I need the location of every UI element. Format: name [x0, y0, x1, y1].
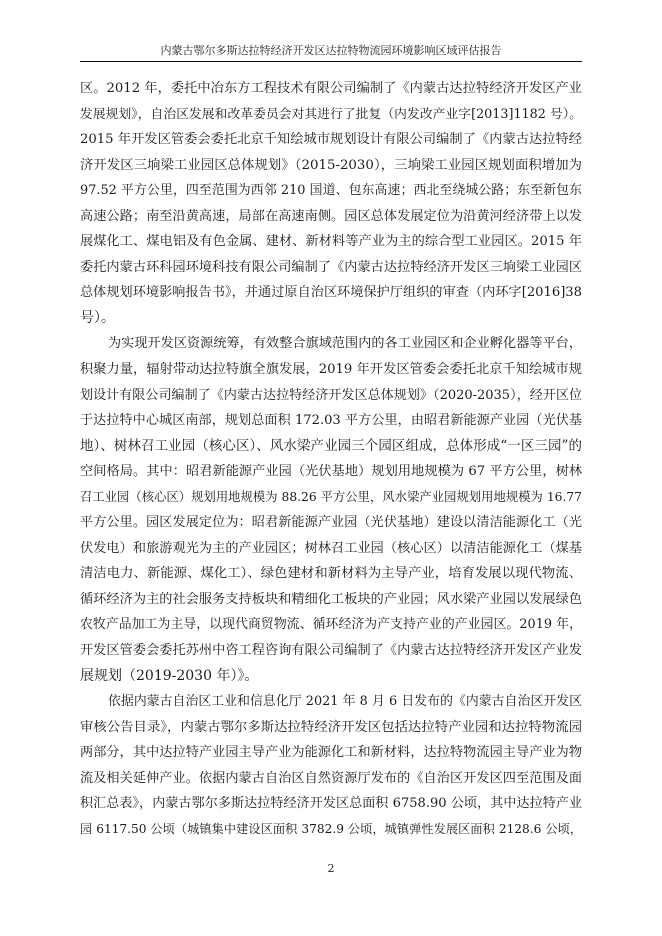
text-line: 划设计有限公司编制了《内蒙古达拉特经济开发区总体规划》（2020-2035），经…: [80, 383, 582, 409]
text-line: 为实现开发区资源统筹，有效整合旗域范围内的各工业园区和企业孵化器等平台，: [80, 331, 582, 357]
page-number: 2: [0, 862, 662, 876]
text-line: 展规划（2019-2030 年）》。: [80, 664, 582, 690]
text-line: 号）。: [80, 306, 582, 332]
text-line: 流及相关延伸产业。依据内蒙古自治区自然资源厅发布的《自治区开发区四至范围及面: [80, 766, 582, 792]
text-line: 地）、树林召工业园（核心区）、风水梁产业园三个园区组成，总体形成“一区三园”的: [80, 434, 582, 460]
text-line: 召工业园（核心区）规划用地规模为 88.26 平方公里，风水梁产业园规划用地规模…: [80, 485, 582, 511]
text-line: 园 6117.50 公顷（城镇集中建设区面积 3782.9 公顷，城镇弹性发展区…: [80, 817, 582, 843]
text-line: 97.52 平方公里，四至范围为西邻 210 国道、包东高速；西北至绕城公路；东…: [80, 178, 582, 204]
text-line: 清洁电力、新能源、煤化工）、绿色建材和新材料为主导产业，培育发展以现代物流、: [80, 561, 582, 587]
text-line: 2015 年开发区管委会委托北京千知绘城市规划设计有限公司编制了《内蒙古达拉特经: [80, 127, 582, 153]
text-line: 空间格局。其中：昭君新能源产业园（光伏基地）规划用地规模为 67 平方公里，树林: [80, 459, 582, 485]
text-line: 伏发电）和旅游观光为主的产业园区；树林召工业园（核心区）以清洁能源化工（煤基: [80, 536, 582, 562]
text-line: 农牧产品加工为主导，以现代商贸物流、循环经济为产支持产业的产业园区。2019 年…: [80, 612, 582, 638]
text-line: 依据内蒙古自治区工业和信息化厅 2021 年 8 月 6 日发布的《内蒙古自治区…: [80, 689, 582, 715]
text-line: 于达拉特中心城区南部，规划总面积 172.03 平方公里，由昭君新能源产业园（光…: [80, 408, 582, 434]
text-line: 济开发区三垧梁工业园区总体规划》（2015-2030），三垧梁工业园区规划面积增…: [80, 153, 582, 179]
text-line: 循环经济为主的社会服务支持板块和精细化工板块的产业园；风水梁产业园以发展绿色: [80, 587, 582, 613]
text-line: 积汇总表》，内蒙古鄂尔多斯达拉特经济开发区总面积 6758.90 公顷，其中达拉…: [80, 791, 582, 817]
paragraph: 区。2012 年，委托中冶东方工程技术有限公司编制了《内蒙古达拉特经济开发区产业…: [80, 76, 582, 331]
header-divider: [80, 61, 582, 62]
text-line: 两部分，其中达拉特产业园主导产业为能源化工和新材料，达拉特物流园主导产业为物: [80, 740, 582, 766]
text-line: 总体规划环境影响报告书》，并通过原自治区环境保护厅组织的审查（内环字[2016]…: [80, 280, 582, 306]
text-line: 委托内蒙古环科园环境科技有限公司编制了《内蒙古达拉特经济开发区三垧梁工业园区: [80, 255, 582, 281]
paragraph: 为实现开发区资源统筹，有效整合旗域范围内的各工业园区和企业孵化器等平台， 积聚力…: [80, 331, 582, 689]
text-line: 区。2012 年，委托中冶东方工程技术有限公司编制了《内蒙古达拉特经济开发区产业: [80, 76, 582, 102]
text-line: 积聚力量，辐射带动达拉特旗全旗发展，2019 年开发区管委会委托北京千知绘城市规: [80, 357, 582, 383]
paragraph: 依据内蒙古自治区工业和信息化厅 2021 年 8 月 6 日发布的《内蒙古自治区…: [80, 689, 582, 842]
text-line: 高速公路；南至沿黄高速，局部在高速南侧。园区总体发展定位为沿黄河经济带上以发: [80, 204, 582, 230]
text-line: 发展规划》，自治区发展和改革委员会对其进行了批复（内发改产业字[2013]118…: [80, 102, 582, 128]
text-line: 审核公告目录》，内蒙古鄂尔多斯达拉特经济开发区包括达拉特产业园和达拉特物流园: [80, 715, 582, 741]
text-line: 展煤化工、煤电铝及有色金属、建材、新材料等产业为主的综合型工业园区。2015 年: [80, 229, 582, 255]
running-header: 内蒙古鄂尔多斯达拉特经济开发区达拉特物流园环境影响区域评估报告: [80, 44, 582, 58]
body-text: 区。2012 年，委托中冶东方工程技术有限公司编制了《内蒙古达拉特经济开发区产业…: [80, 76, 582, 842]
text-line: 平方公里。园区发展定位为：昭君新能源产业园（光伏基地）建设以清洁能源化工（光: [80, 510, 582, 536]
text-line: 开发区管委会委托苏州中咨工程咨询有限公司编制了《内蒙古达拉特经济开发区产业发: [80, 638, 582, 664]
